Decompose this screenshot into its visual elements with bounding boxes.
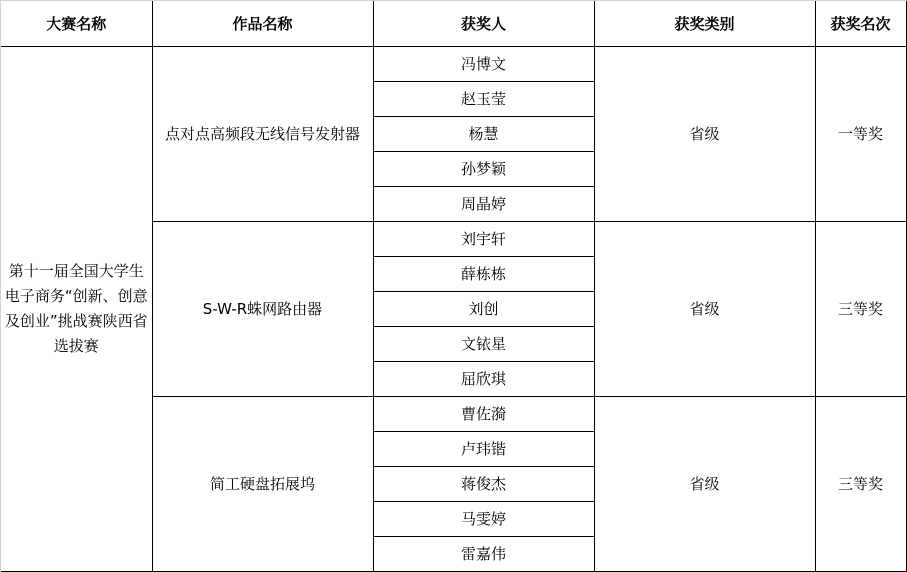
header-work-name: 作品名称: [152, 1, 373, 46]
award-rank-cell: 一等奖: [815, 46, 906, 221]
winner-cell: 雷嘉伟: [373, 536, 594, 571]
header-row: 大赛名称 作品名称 获奖人 获奖类别 获奖名次: [1, 1, 906, 46]
winner-cell: 冯博文: [373, 46, 594, 81]
header-competition-name: 大赛名称: [1, 1, 152, 46]
winner-cell: 刘宇轩: [373, 221, 594, 256]
work-name-cell: 点对点高频段无线信号发射器: [152, 46, 373, 221]
competition-name-cell: 第十一届全国大学生电子商务“创新、创意及创业”挑战赛陕西省选拔赛: [1, 46, 152, 571]
winner-cell: 薛栋栋: [373, 256, 594, 291]
award-category-cell: 省级: [594, 396, 815, 571]
winner-cell: 曹佐漪: [373, 396, 594, 431]
header-award-category: 获奖类别: [594, 1, 815, 46]
work-name-cell: 简工硬盘拓展坞: [152, 396, 373, 571]
winner-cell: 周晶婷: [373, 186, 594, 221]
table-row: 第十一届全国大学生电子商务“创新、创意及创业”挑战赛陕西省选拔赛 点对点高频段无…: [1, 46, 906, 81]
awards-table: 大赛名称 作品名称 获奖人 获奖类别 获奖名次 第十一届全国大学生电子商务“创新…: [1, 1, 907, 572]
winner-cell: 杨慧: [373, 116, 594, 151]
winner-cell: 刘创: [373, 291, 594, 326]
award-rank-cell: 三等奖: [815, 396, 906, 571]
award-rank-cell: 三等奖: [815, 221, 906, 396]
header-award-rank: 获奖名次: [815, 1, 906, 46]
winner-cell: 屈欣琪: [373, 361, 594, 396]
winner-cell: 文铱星: [373, 326, 594, 361]
award-category-cell: 省级: [594, 221, 815, 396]
work-name-cell: S-W-R蛛网路由器: [152, 221, 373, 396]
winner-cell: 孙梦颖: [373, 151, 594, 186]
winner-cell: 蒋俊杰: [373, 466, 594, 501]
winner-cell: 卢玮锴: [373, 431, 594, 466]
winner-cell: 赵玉莹: [373, 81, 594, 116]
winner-cell: 马雯婷: [373, 501, 594, 536]
award-category-cell: 省级: [594, 46, 815, 221]
header-winner: 获奖人: [373, 1, 594, 46]
